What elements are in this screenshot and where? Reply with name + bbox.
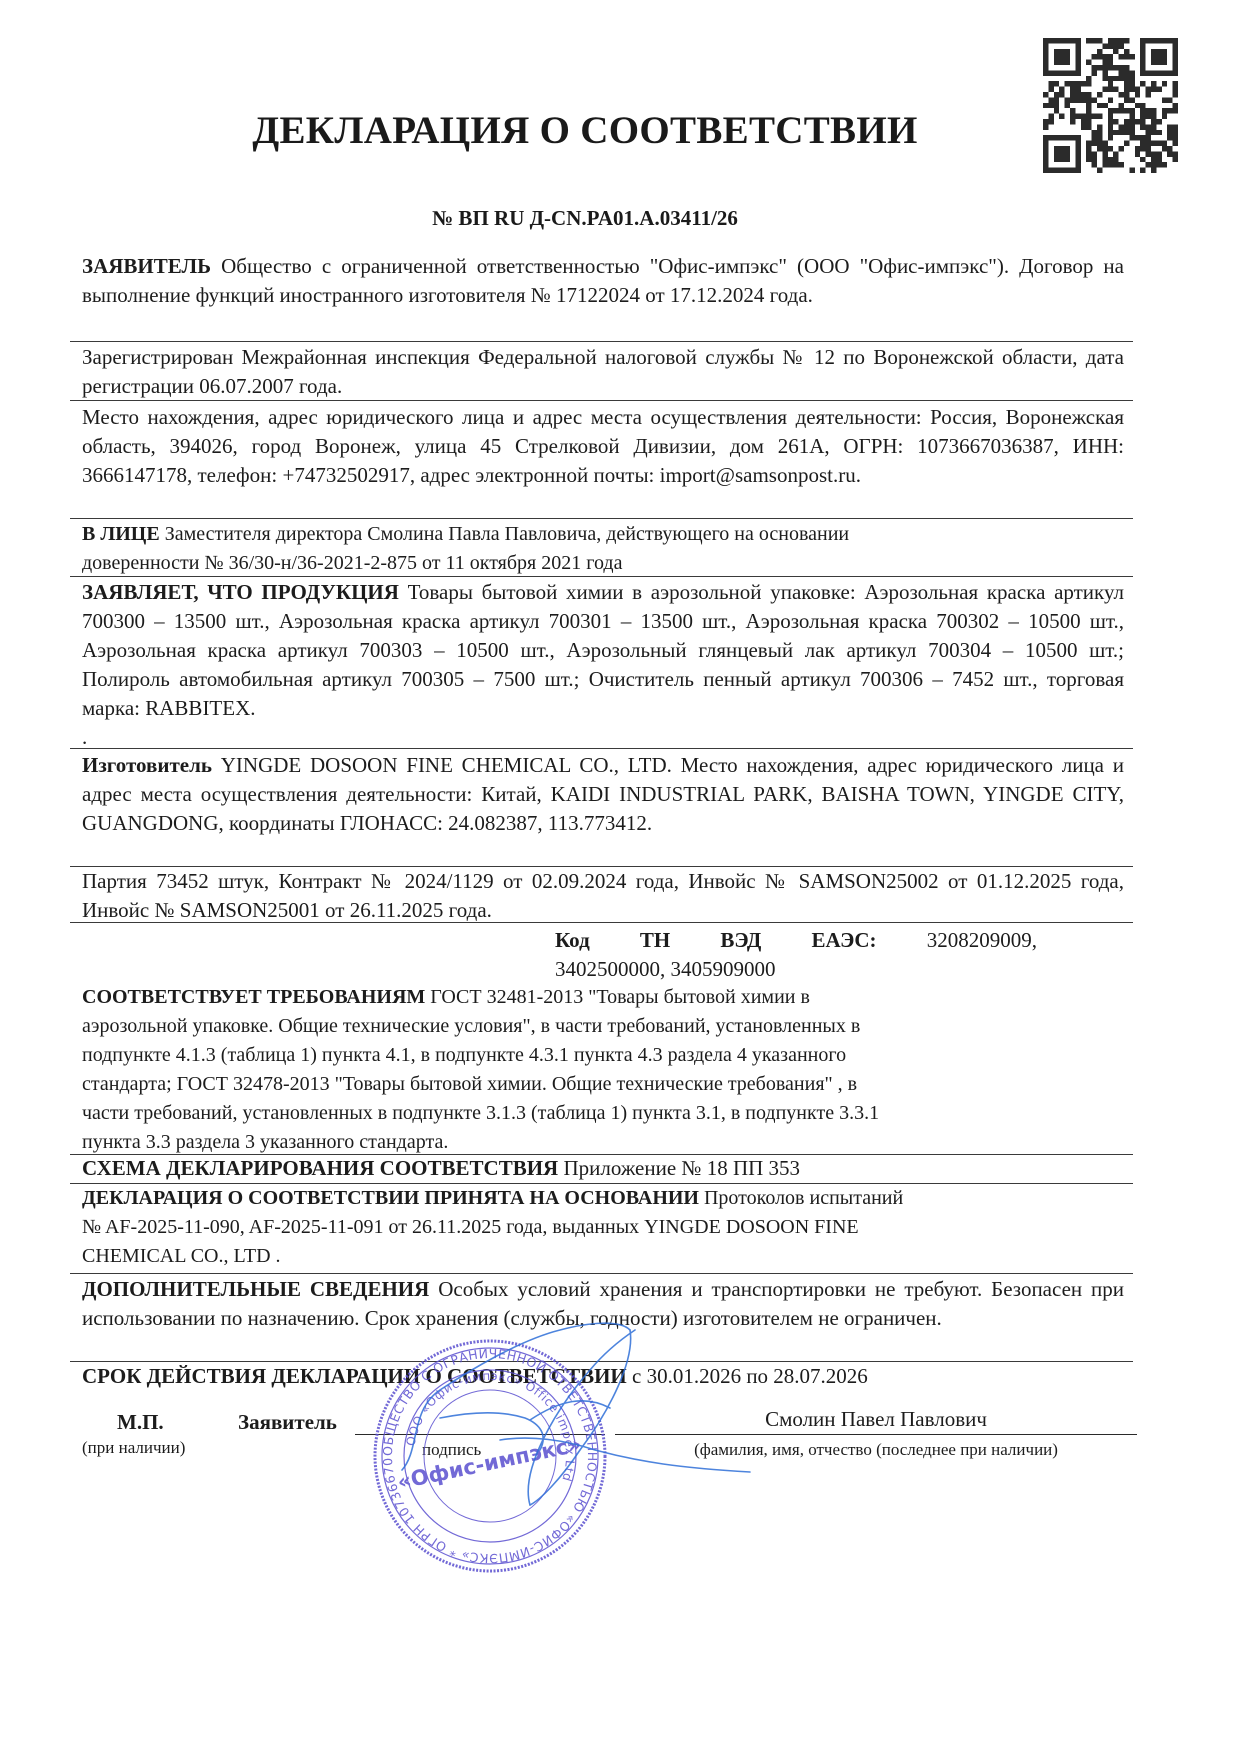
applicant-section: ЗАЯВИТЕЛЬ Общество с ограниченной ответс… [82,252,1124,310]
scheme-label: СХЕМА ДЕКЛАРИРОВАНИЯ СООТВЕТСТВИЯ [82,1156,558,1180]
tn-ved-label-4: ЕАЭС: [812,926,877,955]
representative-label: В ЛИЦЕ [82,523,160,545]
signatory-name: Смолин Павел Павлович [615,1407,1137,1432]
basis-line3: CHEMICAL CO., LTD . [82,1242,1124,1271]
scheme-text: Приложение № 18 ПП 353 [563,1156,800,1180]
compliance-line-6: пункта 3.3 раздела 3 указанного стандарт… [82,1128,1124,1157]
compliance-line-5: части требований, установленных в подпун… [82,1099,1124,1128]
basis-label: ДЕКЛАРАЦИЯ О СООТВЕТСТВИИ ПРИНЯТА НА ОСН… [82,1187,699,1209]
name-caption: (фамилия, имя, отчество (последнее при н… [615,1440,1137,1460]
divider [70,576,1133,577]
seal-note: (при наличии) [82,1438,185,1458]
manufacturer-section: Изготовитель YINGDE DOSOON FINE CHEMICAL… [82,751,1124,838]
tn-ved-label-1: Код [555,926,590,955]
declaration-number: № ВП RU Д-CN.PA01.A.03411/26 [240,206,930,231]
tn-ved-section: Код ТН ВЭД ЕАЭС: 3208209009, 3402500000,… [555,926,1037,984]
divider [70,518,1133,519]
divider [70,341,1133,342]
signature-caption: подпись [422,1440,481,1460]
additional-section: ДОПОЛНИТЕЛЬНЫЕ СВЕДЕНИЯ Особых условий х… [82,1275,1124,1333]
compliance-line-3: подпункте 4.1.3 (таблица 1) пункта 4.1, … [82,1041,1124,1070]
validity-text: с 30.01.2026 по 28.07.2026 [632,1364,868,1388]
basis-line1: Протоколов испытаний [704,1187,903,1209]
representative-line2: доверенности № 36/30-н/36-2021-2-875 от … [82,549,1124,578]
applicant-text: Общество с ограниченной ответственностью… [82,254,1124,307]
applicant-signature-label: Заявитель [238,1410,337,1435]
tn-ved-code-1: 3208209009, [927,926,1037,955]
applicant-label: ЗАЯВИТЕЛЬ [82,254,211,278]
declaration-page: ДЕКЛАРАЦИЯ О СООТВЕТСТВИИ № ВП RU Д-CN.P… [0,0,1240,1754]
seal-label: М.П. [117,1410,164,1435]
divider [70,922,1133,923]
document-title: ДЕКЛАРАЦИЯ О СООТВЕТСТВИИ [240,108,930,153]
scheme-section: СХЕМА ДЕКЛАРИРОВАНИЯ СООТВЕТСТВИЯ Прилож… [82,1154,1124,1183]
validity-section: СРОК ДЕЙСТВИЯ ДЕКЛАРАЦИИ О СООТВЕТСТВИИ … [82,1362,1124,1391]
compliance-section: СООТВЕТСТВУЕТ ТРЕБОВАНИЯМ ГОСТ 32481-201… [82,983,1124,1157]
address-text: Место нахождения, адрес юридического лиц… [82,405,1124,487]
tn-ved-codes-2: 3402500000, 3405909000 [555,955,1037,984]
additional-label: ДОПОЛНИТЕЛЬНЫЕ СВЕДЕНИЯ [82,1277,429,1301]
registration-section: Зарегистрирован Межрайонная инспекция Фе… [82,343,1124,401]
signature-line [355,1434,605,1435]
representative-section: В ЛИЦЕ Заместителя директора Смолина Пав… [82,520,1124,578]
product-section: ЗАЯВЛЯЕТ, ЧТО ПРОДУКЦИЯ Товары бытовой х… [82,578,1124,752]
compliance-line-2: аэрозольной упаковке. Общие технические … [82,1012,1124,1041]
compliance-line-1: ГОСТ 32481-2013 "Товары бытовой химии в [430,986,810,1008]
compliance-label: СООТВЕТСТВУЕТ ТРЕБОВАНИЯМ [82,986,425,1008]
validity-label: СРОК ДЕЙСТВИЯ ДЕКЛАРАЦИИ О СООТВЕТСТВИИ [82,1364,627,1388]
basis-line2: № AF-2025-11-090, AF-2025-11-091 от 26.1… [82,1213,1124,1242]
batch-text: Партия 73452 штук, Контракт № 2024/1129 … [82,869,1124,922]
registration-text: Зарегистрирован Межрайонная инспекция Фе… [82,345,1124,398]
name-line [615,1434,1137,1435]
divider [70,748,1133,749]
compliance-line-4: стандарта; ГОСТ 32478-2013 "Товары бытов… [82,1070,1124,1099]
basis-section: ДЕКЛАРАЦИЯ О СООТВЕТСТВИИ ПРИНЯТА НА ОСН… [82,1184,1124,1271]
product-label: ЗАЯВЛЯЕТ, ЧТО ПРОДУКЦИЯ [82,580,399,604]
tn-ved-label-3: ВЭД [720,926,761,955]
address-section: Место нахождения, адрес юридического лиц… [82,403,1124,490]
batch-section: Партия 73452 штук, Контракт № 2024/1129 … [82,867,1124,925]
representative-line1: Заместителя директора Смолина Павла Павл… [165,523,849,545]
qr-code-icon [1043,38,1178,173]
manufacturer-text: YINGDE DOSOON FINE CHEMICAL CO., LTD. Ме… [82,753,1124,835]
divider [70,400,1133,401]
divider [70,1273,1133,1274]
tn-ved-label-2: ТН [640,926,670,955]
manufacturer-label: Изготовитель [82,753,212,777]
